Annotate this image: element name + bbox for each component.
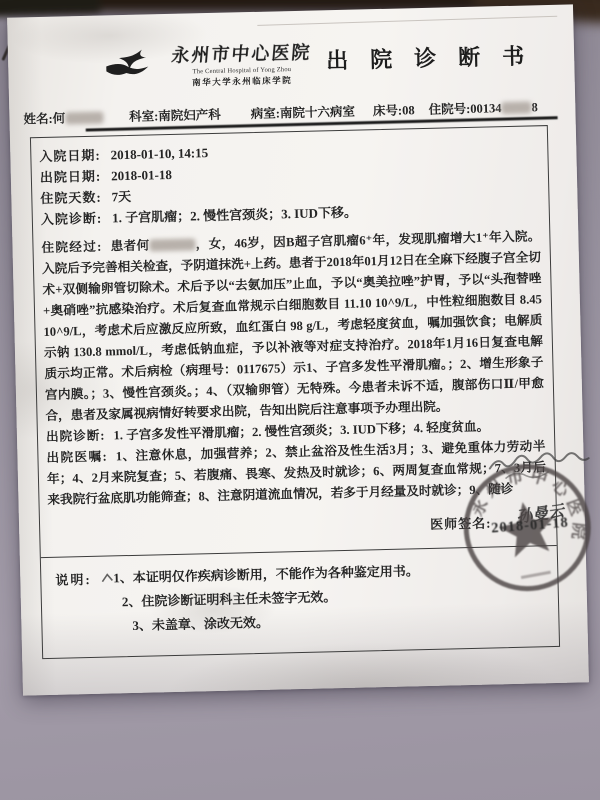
hospital-name: 永州市中心医院 (153, 38, 330, 68)
course-text-part1: 患者何 (110, 238, 149, 253)
discharge-date-label: 出院日期: (40, 169, 102, 185)
paper-crease-line (257, 16, 557, 26)
stay-days-label: 住院天数: (40, 190, 102, 206)
admission-no-label: 住院号: (428, 102, 470, 117)
course-name-smudge (149, 238, 195, 251)
course-label: 住院经过: (41, 240, 102, 255)
admit-diagnosis-label: 入院诊断: (41, 211, 103, 227)
document-title: 出院诊断书 (326, 39, 547, 75)
ward-label: 病室: (251, 106, 280, 121)
admit-date-label: 入院日期: (39, 148, 101, 164)
admission-no-prefix: 00134 (470, 101, 502, 116)
admission-no-suffix: 8 (531, 100, 538, 114)
admit-date-value: 2018-01-10, 14:15 (111, 145, 209, 162)
course-text-part2: ，女，46岁，因B超子宫肌瘤6⁺年，发现肌瘤增大1⁺年入院。入院后予完善相关检查… (42, 229, 544, 423)
name-value: 何 (52, 111, 65, 125)
ward-value: 南院十六病室 (280, 105, 355, 121)
name-redaction-smudge (65, 112, 103, 125)
admission-no-smudge (501, 101, 531, 114)
bed-label: 床号: (373, 103, 402, 118)
pen-tick-mark (100, 571, 114, 585)
dept-label: 科室: (129, 109, 158, 124)
discharge-certificate-paper: 永州市中心医院 The Central Hospital of Yong Zho… (7, 4, 589, 695)
hospital-name-block: 永州市中心医院 The Central Hospital of Yong Zho… (154, 38, 330, 89)
photo-background: 永州市中心医院 The Central Hospital of Yong Zho… (0, 0, 600, 800)
notes-label: 说明: (55, 569, 92, 589)
stay-days-value: 7天 (112, 189, 132, 204)
discharge-diagnosis-label: 出院诊断: (46, 429, 106, 444)
bed-value: 08 (402, 103, 415, 117)
admit-diagnosis-value: 1. 子宫肌瘤；2. 慢性宫颈炎；3. IUD下移。 (112, 205, 357, 226)
hospital-logo-icon (104, 48, 151, 85)
advice-label: 出院医嘱: (46, 450, 108, 465)
table-edge-left (0, 0, 100, 16)
name-label: 姓名: (23, 112, 52, 127)
document-header: 永州市中心医院 The Central Hospital of Yong Zho… (8, 30, 575, 101)
hospital-course-paragraph: 住院经过:患者何，女，46岁，因B超子宫肌瘤6⁺年，发现肌瘤增大1⁺年入院。入院… (41, 226, 544, 427)
discharge-date-value: 2018-01-18 (111, 167, 172, 183)
dept-value: 南院妇产科 (158, 108, 221, 123)
